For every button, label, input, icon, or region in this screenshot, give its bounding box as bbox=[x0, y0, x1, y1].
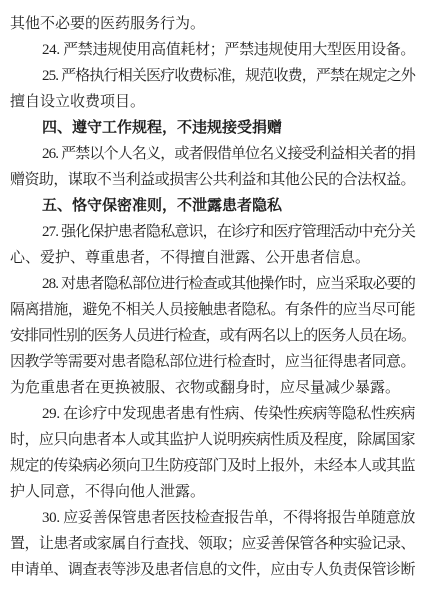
text-line: 其他不必要的医药服务行为。 bbox=[10, 11, 415, 37]
text-line-content: 25. 严格执行相关医疗收费标准，规范收费，严禁在规定之外 bbox=[42, 63, 415, 89]
document-body: 其他不必要的医药服务行为。24. 严禁违规使用高值耗材；严禁违规使用大型医用设备… bbox=[10, 11, 415, 583]
text-line: 26. 严禁以个人名义，或者假借单位名义接受利益相关者的捐 bbox=[10, 141, 415, 167]
text-line-content: 隔离措施，避免不相关人员接触患者隐私。有条件的应当尽可能 bbox=[10, 297, 415, 323]
text-line: 因教学等需要对患者隐私部位进行检查时，应当征得患者同意。 bbox=[10, 349, 415, 375]
text-line: 29. 在诊疗中发现患者患有性病、传染性疾病等隐私性疾病 bbox=[10, 401, 415, 427]
text-line: 申请单、调查表等涉及患者信息的文件，应由专人负责保管诊断 bbox=[10, 557, 415, 583]
text-line: 置，让患者或家属自行查找、领取；应妥善保管各种实验记录、 bbox=[10, 531, 415, 557]
text-line: 安排同性别的医务人员进行检查，或有两名以上的医务人员在场。 bbox=[10, 323, 415, 349]
text-line-content: 29. 在诊疗中发现患者患有性病、传染性疾病等隐私性疾病 bbox=[42, 401, 415, 427]
text-line-content: 规定的传染病必须向卫生防疫部门及时上报外，未经本人或其监 bbox=[10, 453, 415, 479]
text-line-content: 申请单、调查表等涉及患者信息的文件，应由专人负责保管诊断 bbox=[10, 557, 415, 583]
text-line-content: 时，应只向患者本人或其监护人说明疾病性质及程度，除属国家 bbox=[10, 427, 415, 453]
document-page: 其他不必要的医药服务行为。24. 严禁违规使用高值耗材；严禁违规使用大型医用设备… bbox=[0, 0, 429, 601]
text-line-content: 擅自设立收费项目。 bbox=[10, 89, 145, 115]
text-line: 赠资助，谋取不当利益或损害公共利益和其他公民的合法权益。 bbox=[10, 167, 415, 193]
text-line-content: 护人同意，不得向他人泄露。 bbox=[10, 479, 205, 505]
text-line: 四、遵守工作规程，不违规接受捐赠 bbox=[10, 115, 415, 141]
text-line: 27. 强化保护患者隐私意识，在诊疗和医疗管理活动中充分关 bbox=[10, 219, 415, 245]
text-line: 五、恪守保密准则，不泄露患者隐私 bbox=[10, 193, 415, 219]
text-line-content: 置，让患者或家属自行查找、领取；应妥善保管各种实验记录、 bbox=[10, 531, 415, 557]
text-line: 为危重患者在更换被服、衣物或翻身时，应尽量减少暴露。 bbox=[10, 375, 415, 401]
text-line-content: 四、遵守工作规程，不违规接受捐赠 bbox=[42, 115, 282, 141]
text-line-content: 24. 严禁违规使用高值耗材；严禁违规使用大型医用设备。 bbox=[42, 37, 415, 63]
text-line: 30. 应妥善保管患者医技检查报告单，不得将报告单随意放 bbox=[10, 505, 415, 531]
text-line: 时，应只向患者本人或其监护人说明疾病性质及程度，除属国家 bbox=[10, 427, 415, 453]
text-line-content: 其他不必要的医药服务行为。 bbox=[10, 11, 205, 37]
text-line: 24. 严禁违规使用高值耗材；严禁违规使用大型医用设备。 bbox=[10, 37, 415, 63]
text-line-content: 心、爱护、尊重患者，不得擅自泄露、公开患者信息。 bbox=[10, 245, 370, 271]
text-line-content: 28. 对患者隐私部位进行检查或其他操作时，应当采取必要的 bbox=[42, 271, 415, 297]
text-line: 擅自设立收费项目。 bbox=[10, 89, 415, 115]
text-line-content: 因教学等需要对患者隐私部位进行检查时，应当征得患者同意。 bbox=[10, 349, 415, 375]
text-line: 25. 严格执行相关医疗收费标准，规范收费，严禁在规定之外 bbox=[10, 63, 415, 89]
text-line: 心、爱护、尊重患者，不得擅自泄露、公开患者信息。 bbox=[10, 245, 415, 271]
text-line: 隔离措施，避免不相关人员接触患者隐私。有条件的应当尽可能 bbox=[10, 297, 415, 323]
text-line: 规定的传染病必须向卫生防疫部门及时上报外，未经本人或其监 bbox=[10, 453, 415, 479]
text-line-content: 赠资助，谋取不当利益或损害公共利益和其他公民的合法权益。 bbox=[10, 167, 415, 193]
text-line-content: 为危重患者在更换被服、衣物或翻身时，应尽量减少暴露。 bbox=[10, 375, 400, 401]
text-line: 28. 对患者隐私部位进行检查或其他操作时，应当采取必要的 bbox=[10, 271, 415, 297]
text-line-content: 五、恪守保密准则，不泄露患者隐私 bbox=[42, 193, 282, 219]
text-line-content: 30. 应妥善保管患者医技检查报告单，不得将报告单随意放 bbox=[42, 505, 415, 531]
text-line-content: 26. 严禁以个人名义，或者假借单位名义接受利益相关者的捐 bbox=[42, 141, 415, 167]
text-line: 护人同意，不得向他人泄露。 bbox=[10, 479, 415, 505]
text-line-content: 安排同性别的医务人员进行检查，或有两名以上的医务人员在场。 bbox=[10, 323, 415, 349]
text-line-content: 27. 强化保护患者隐私意识，在诊疗和医疗管理活动中充分关 bbox=[42, 219, 415, 245]
